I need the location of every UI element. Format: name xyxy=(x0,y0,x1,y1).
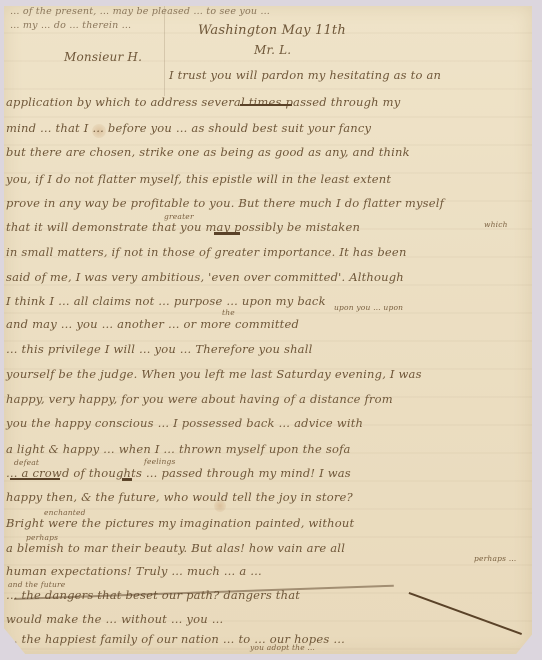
body-line: yourself be the judge. When you left me … xyxy=(6,367,422,381)
body-line: application by which to address several … xyxy=(6,95,400,109)
interlinear-insertion: feelings xyxy=(144,457,176,466)
body-line: a blemish to mar their beauty. But alas!… xyxy=(6,541,345,555)
body-line: human expectations! Truly … much … a … xyxy=(6,564,262,578)
body-line: happy, very happy, for you were about ha… xyxy=(6,392,393,406)
interlinear-insertion: which xyxy=(484,220,508,229)
body-line: said of me, I was very ambitious, 'even … xyxy=(6,270,404,284)
strikethrough-mark xyxy=(240,104,292,106)
interlinear-insertion: the xyxy=(222,308,235,317)
body-line: would make the … without … you … xyxy=(6,612,223,626)
margin-note: perhaps … xyxy=(474,554,516,563)
letter-page: … of the present, … may be pleased … to … xyxy=(4,6,532,654)
body-line: and may … you … another … or more commit… xyxy=(6,317,299,331)
interlinear-insertion: upon you … upon xyxy=(334,303,403,312)
body-line: that it will demonstrate that you may po… xyxy=(6,220,360,234)
body-line: mind … that I … before you … as should b… xyxy=(6,121,371,135)
crosswritten-line: … my … do … therein … xyxy=(10,20,131,31)
salutation-center: Mr. L. xyxy=(254,43,291,57)
body-line: you, if I do not flatter myself, this ep… xyxy=(6,172,391,186)
body-line: in small matters, if not in those of gre… xyxy=(6,245,407,259)
body-line: happy then, & the future, who would tell… xyxy=(6,490,353,504)
fold-line xyxy=(164,6,165,96)
body-line: I trust you will pardon my hesitating as… xyxy=(169,68,441,82)
body-line: you the happy conscious … I possessed ba… xyxy=(6,416,363,430)
body-line: but there are chosen, strike one as bein… xyxy=(6,145,410,159)
body-line: Bright were the pictures my imagination … xyxy=(6,516,354,530)
body-line: a light & happy … when I … thrown myself… xyxy=(6,442,351,456)
crosswritten-line: … of the present, … may be pleased … to … xyxy=(10,6,270,17)
body-line: I think I … all claims not … purpose … u… xyxy=(6,294,326,308)
document-viewer: … of the present, … may be pleased … to … xyxy=(0,0,542,660)
strikethrough-mark xyxy=(409,592,522,634)
salutation: Monsieur H. xyxy=(64,50,142,64)
body-line: … this privilege I will … you … Therefor… xyxy=(6,342,313,356)
place-date: Washington May 11th xyxy=(198,23,346,38)
strikethrough-mark xyxy=(214,232,240,235)
body-line: prove in any way be profitable to you. B… xyxy=(6,196,444,210)
interlinear-insertion: you adopt the … xyxy=(250,643,315,652)
strikethrough-mark xyxy=(10,478,60,480)
strikethrough-mark xyxy=(122,478,132,481)
